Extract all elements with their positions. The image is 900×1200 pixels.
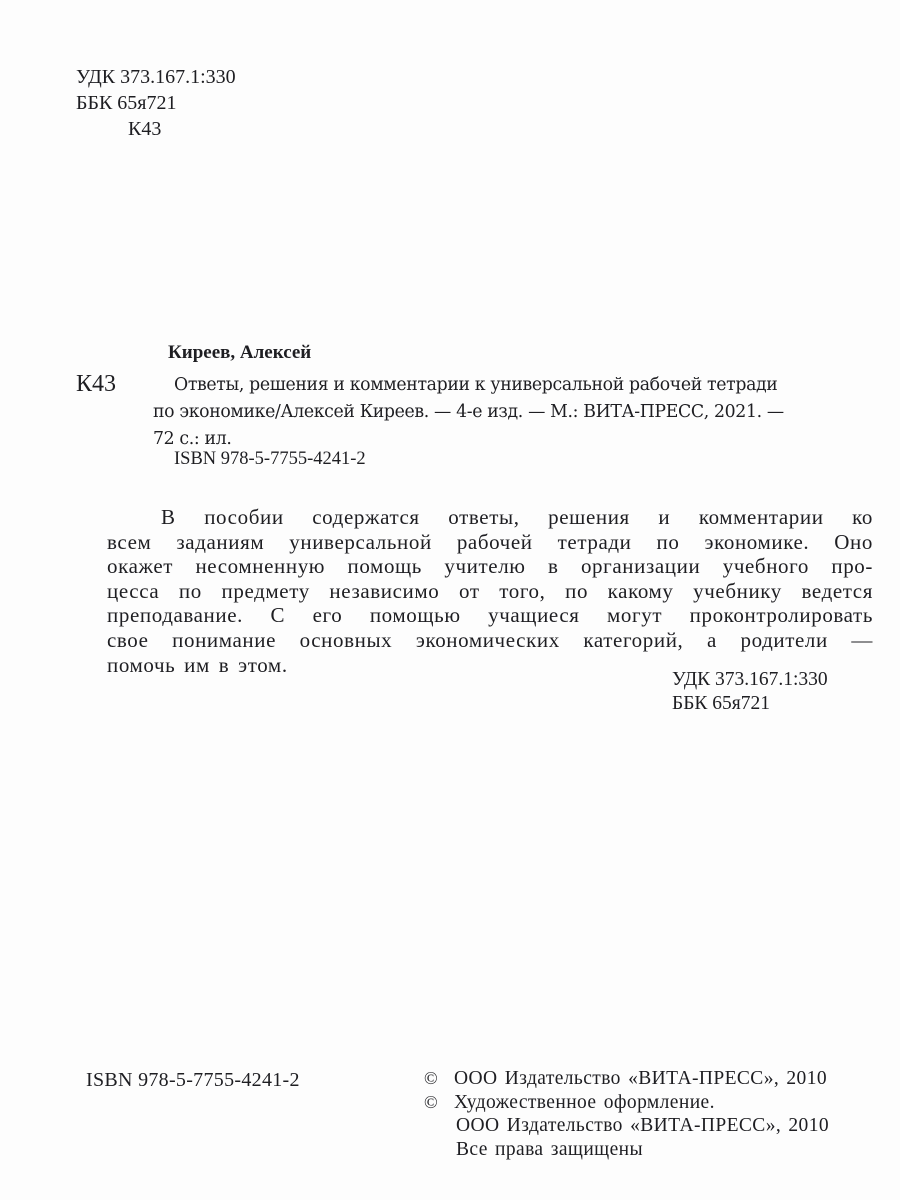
- bibliographic-description: Ответы, решения и комментарии к универса…: [174, 372, 784, 453]
- catalog-isbn: ISBN 978-5-7755-4241-2: [174, 449, 366, 470]
- annotation-line: окажет несомненную помощь учителю в орга…: [107, 554, 873, 579]
- annotation-paragraph: В пособии содержатся ответы, решения и к…: [107, 505, 873, 677]
- annotation-line: всем заданиям универсальной рабочей тетр…: [107, 530, 873, 555]
- footer-isbn: ISBN 978-5-7755-4241-2: [86, 1069, 300, 1092]
- copyright-line: ©Художественное оформление.: [424, 1091, 829, 1115]
- annotation-line: цесса по предмету независимо от того, по…: [107, 579, 873, 604]
- rights-reserved: Все права защищены: [424, 1138, 829, 1162]
- copyright-block: ©ООО Издательство «ВИТА-ПРЕСС», 2010 ©Ху…: [424, 1067, 829, 1161]
- classification-block-right: УДК 373.167.1:330 ББК 65я721: [672, 668, 828, 716]
- copyright-line: ©ООО Издательство «ВИТА-ПРЕСС», 2010: [424, 1067, 829, 1091]
- bibliographic-line: Ответы, решения и комментарии к универса…: [174, 372, 784, 399]
- udk-code: УДК 373.167.1:330: [76, 64, 236, 90]
- bbk-code: ББК 65я721: [76, 90, 236, 116]
- annotation-line: В пособии содержатся ответы, решения и к…: [107, 505, 873, 530]
- copyright-publisher: ООО Издательство «ВИТА-ПРЕСС», 2010: [454, 1068, 827, 1089]
- author-mark: К43: [76, 116, 236, 142]
- classification-block-top: УДК 373.167.1:330 ББК 65я721 К43: [76, 64, 236, 142]
- catalog-author-mark: К43: [76, 371, 116, 398]
- copyright-publisher-design: ООО Издательство «ВИТА-ПРЕСС», 2010: [424, 1114, 829, 1138]
- copyright-art-design: Художественное оформление.: [454, 1092, 715, 1113]
- annotation-line: свое понимание основных экономических ка…: [107, 628, 873, 653]
- annotation-line: преподавание. С его помощью учащиеся мог…: [107, 603, 873, 628]
- copyright-icon: ©: [424, 1067, 454, 1091]
- copyright-icon: ©: [424, 1091, 454, 1115]
- udk-code: УДК 373.167.1:330: [672, 668, 828, 692]
- bibliographic-line: по экономике/Алексей Киреев. — 4-е изд. …: [153, 399, 784, 426]
- author-name: Киреев, Алексей: [168, 342, 311, 364]
- bbk-code: ББК 65я721: [672, 692, 828, 716]
